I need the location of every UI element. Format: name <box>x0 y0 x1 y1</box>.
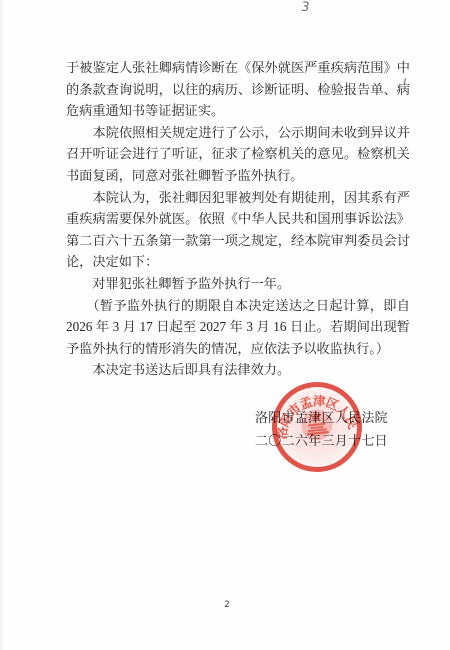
page-number: 2 <box>197 600 257 610</box>
document-line: 危病重通知书等证据证实。 <box>66 100 410 122</box>
document-line: 对罪犯张社卿暂予监外执行一年。 <box>66 273 410 295</box>
decision-date: 二〇二六年三月十七日 <box>255 430 388 453</box>
document-body: 于被鉴定人张社卿病情诊断在《保外就医严重疾病范围》中的条款查询说明，以往的病历、… <box>66 57 410 381</box>
court-name: 洛阳市孟津区人民法院 <box>255 407 388 430</box>
document-line: 召开听证会进行了听证，征求了检察机关的意见。检察机关 <box>66 143 410 165</box>
document-line: 重疾病需要保外就医。依照《中华人民共和国刑事诉讼法》 <box>66 208 410 230</box>
handwritten-page-mark: 3 <box>299 0 310 15</box>
document-line: 第二百六十五条第一款第一项之规定，经本院审判委员会讨 <box>66 230 410 252</box>
scan-edge-shadow <box>0 0 4 650</box>
document-line: 本院认为，张社卿因犯罪被判处有期徒刑，因其系有严 <box>66 187 410 209</box>
document-line: 于被鉴定人张社卿病情诊断在《保外就医严重疾病范围》中 <box>66 57 410 79</box>
document-line: 予监外执行的情形消失的情况，应依法予以收监执行。） <box>66 338 410 360</box>
document-line: 论，决定如下： <box>66 251 410 273</box>
document-line: 2026 年 3 月 17 日起至 2027 年 3 月 16 日止。若期间出现… <box>66 316 410 338</box>
scanned-document-page: 3 于被鉴定人张社卿病情诊断在《保外就医严重疾病范围》中的条款查询说明，以往的病… <box>0 0 450 650</box>
document-line: （暂予监外执行的期限自本决定送达之日起计算，即自 <box>66 295 410 317</box>
document-line: 本决定书送达后即具有法律效力。 <box>66 359 410 381</box>
document-line: 书面复函，同意对张社卿暂予监外执行。 <box>66 165 410 187</box>
document-line: 的条款查询说明，以往的病历、诊断证明、检验报告单、病 <box>66 79 410 101</box>
document-line: 本院依照相关规定进行了公示，公示期间未收到异议并 <box>66 122 410 144</box>
signature-block: 洛阳市孟津区人民法院 二〇二六年三月十七日 <box>255 407 388 452</box>
